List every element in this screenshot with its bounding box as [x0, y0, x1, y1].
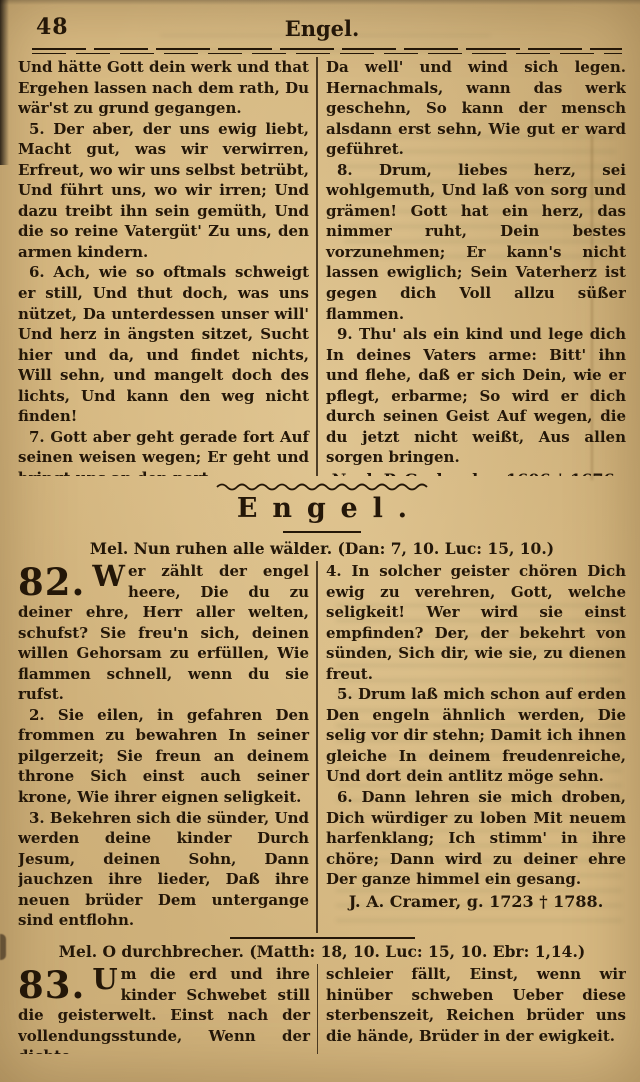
- header-rule-top: [32, 48, 622, 50]
- verse-paragraph: 6. Ach, wie so oftmals schweigt er still…: [18, 262, 309, 426]
- running-title: Engel.: [18, 16, 626, 41]
- page-content: 48 Engel. Und hätte Gott dein werk und t…: [0, 0, 640, 1054]
- verse-paragraph-opening: 83.Um die erd und ihre kinder Schwebet s…: [18, 964, 310, 1054]
- melody-line: Mel. Nun ruhen alle wälder. (Dan: 7, 10.…: [18, 539, 626, 558]
- drop-cap-initial: W: [92, 561, 125, 592]
- verse-paragraph: 9. Thu' als ein kind und lege dich In de…: [326, 324, 626, 468]
- verse-paragraph: Da well' und wind sich legen. Hernachmal…: [326, 57, 626, 160]
- section-title-rule: [283, 531, 361, 533]
- hymn-divider-rule: [230, 937, 415, 939]
- hymn-text-column-left: 82.Wer zählt der engel heere, Die du zu …: [18, 561, 318, 933]
- verse-paragraph-opening: 82.Wer zählt der engel heere, Die du zu …: [18, 561, 309, 705]
- verse-paragraph: 5. Der aber, der uns ewig liebt, Macht g…: [18, 119, 309, 263]
- verse-paragraph: 8. Drum, liebes herz, sei wohlgemuth, Un…: [326, 160, 626, 324]
- verse-paragraph: 2. Sie eilen, in gefahren Den frommen zu…: [18, 705, 309, 808]
- author-attribution: Nach P. Gerhard, g.1606 † 1676.: [326, 469, 626, 476]
- hymn-continuation-columns: Und hätte Gott dein werk und that Ergehe…: [18, 57, 626, 476]
- section-divider: Engel.: [18, 482, 626, 533]
- hymn-text-column-left: 83.Um die erd und ihre kinder Schwebet s…: [18, 964, 318, 1054]
- section-title: Engel.: [18, 493, 626, 524]
- hymn-text-column-right: Da well' und wind sich legen. Hernachmal…: [318, 57, 626, 476]
- verse-paragraph: Und hätte Gott dein werk und that Ergehe…: [18, 57, 309, 119]
- verse-paragraph: 5. Drum laß mich schon auf erden Den eng…: [326, 684, 626, 787]
- header-rule-bottom: [32, 53, 622, 54]
- verse-paragraph: 4. In solcher geister chören Dich ewig z…: [326, 561, 626, 684]
- verse-paragraph: 7. Gott aber geht gerade fort Auf seinen…: [18, 427, 309, 476]
- hymn-number: 82.: [18, 562, 85, 602]
- hymn-82-columns: 82.Wer zählt der engel heere, Die du zu …: [18, 561, 626, 933]
- hymn-83-columns: 83.Um die erd und ihre kinder Schwebet s…: [18, 964, 626, 1054]
- author-attribution: J. A. Cramer, g. 1723 † 1788.: [326, 891, 626, 913]
- drop-cap-initial: U: [92, 964, 117, 995]
- hymn-text-column-right: 4. In solcher geister chören Dich ewig z…: [318, 561, 626, 933]
- melody-line: Mel. O durchbrecher. (Matth: 18, 10. Luc…: [18, 942, 626, 961]
- verse-paragraph: 6. Dann lehren sie mich droben, Dich wür…: [326, 787, 626, 890]
- header-rule: [32, 48, 622, 54]
- hymnal-page: 48 Engel. Und hätte Gott dein werk und t…: [0, 0, 640, 1082]
- page-header: 48 Engel.: [18, 10, 626, 46]
- wavy-rule-icon: [214, 482, 430, 491]
- hymn-text-column-left: Und hätte Gott dein werk und that Ergehe…: [18, 57, 318, 476]
- verse-paragraph: 3. Bekehren sich die sünder, Und werden …: [18, 808, 309, 931]
- hymn-text-column-right: schleier fällt, Einst, wenn wir hinüber …: [318, 964, 626, 1054]
- verse-paragraph: schleier fällt, Einst, wenn wir hinüber …: [326, 964, 626, 1046]
- hymn-number: 83.: [18, 965, 85, 1005]
